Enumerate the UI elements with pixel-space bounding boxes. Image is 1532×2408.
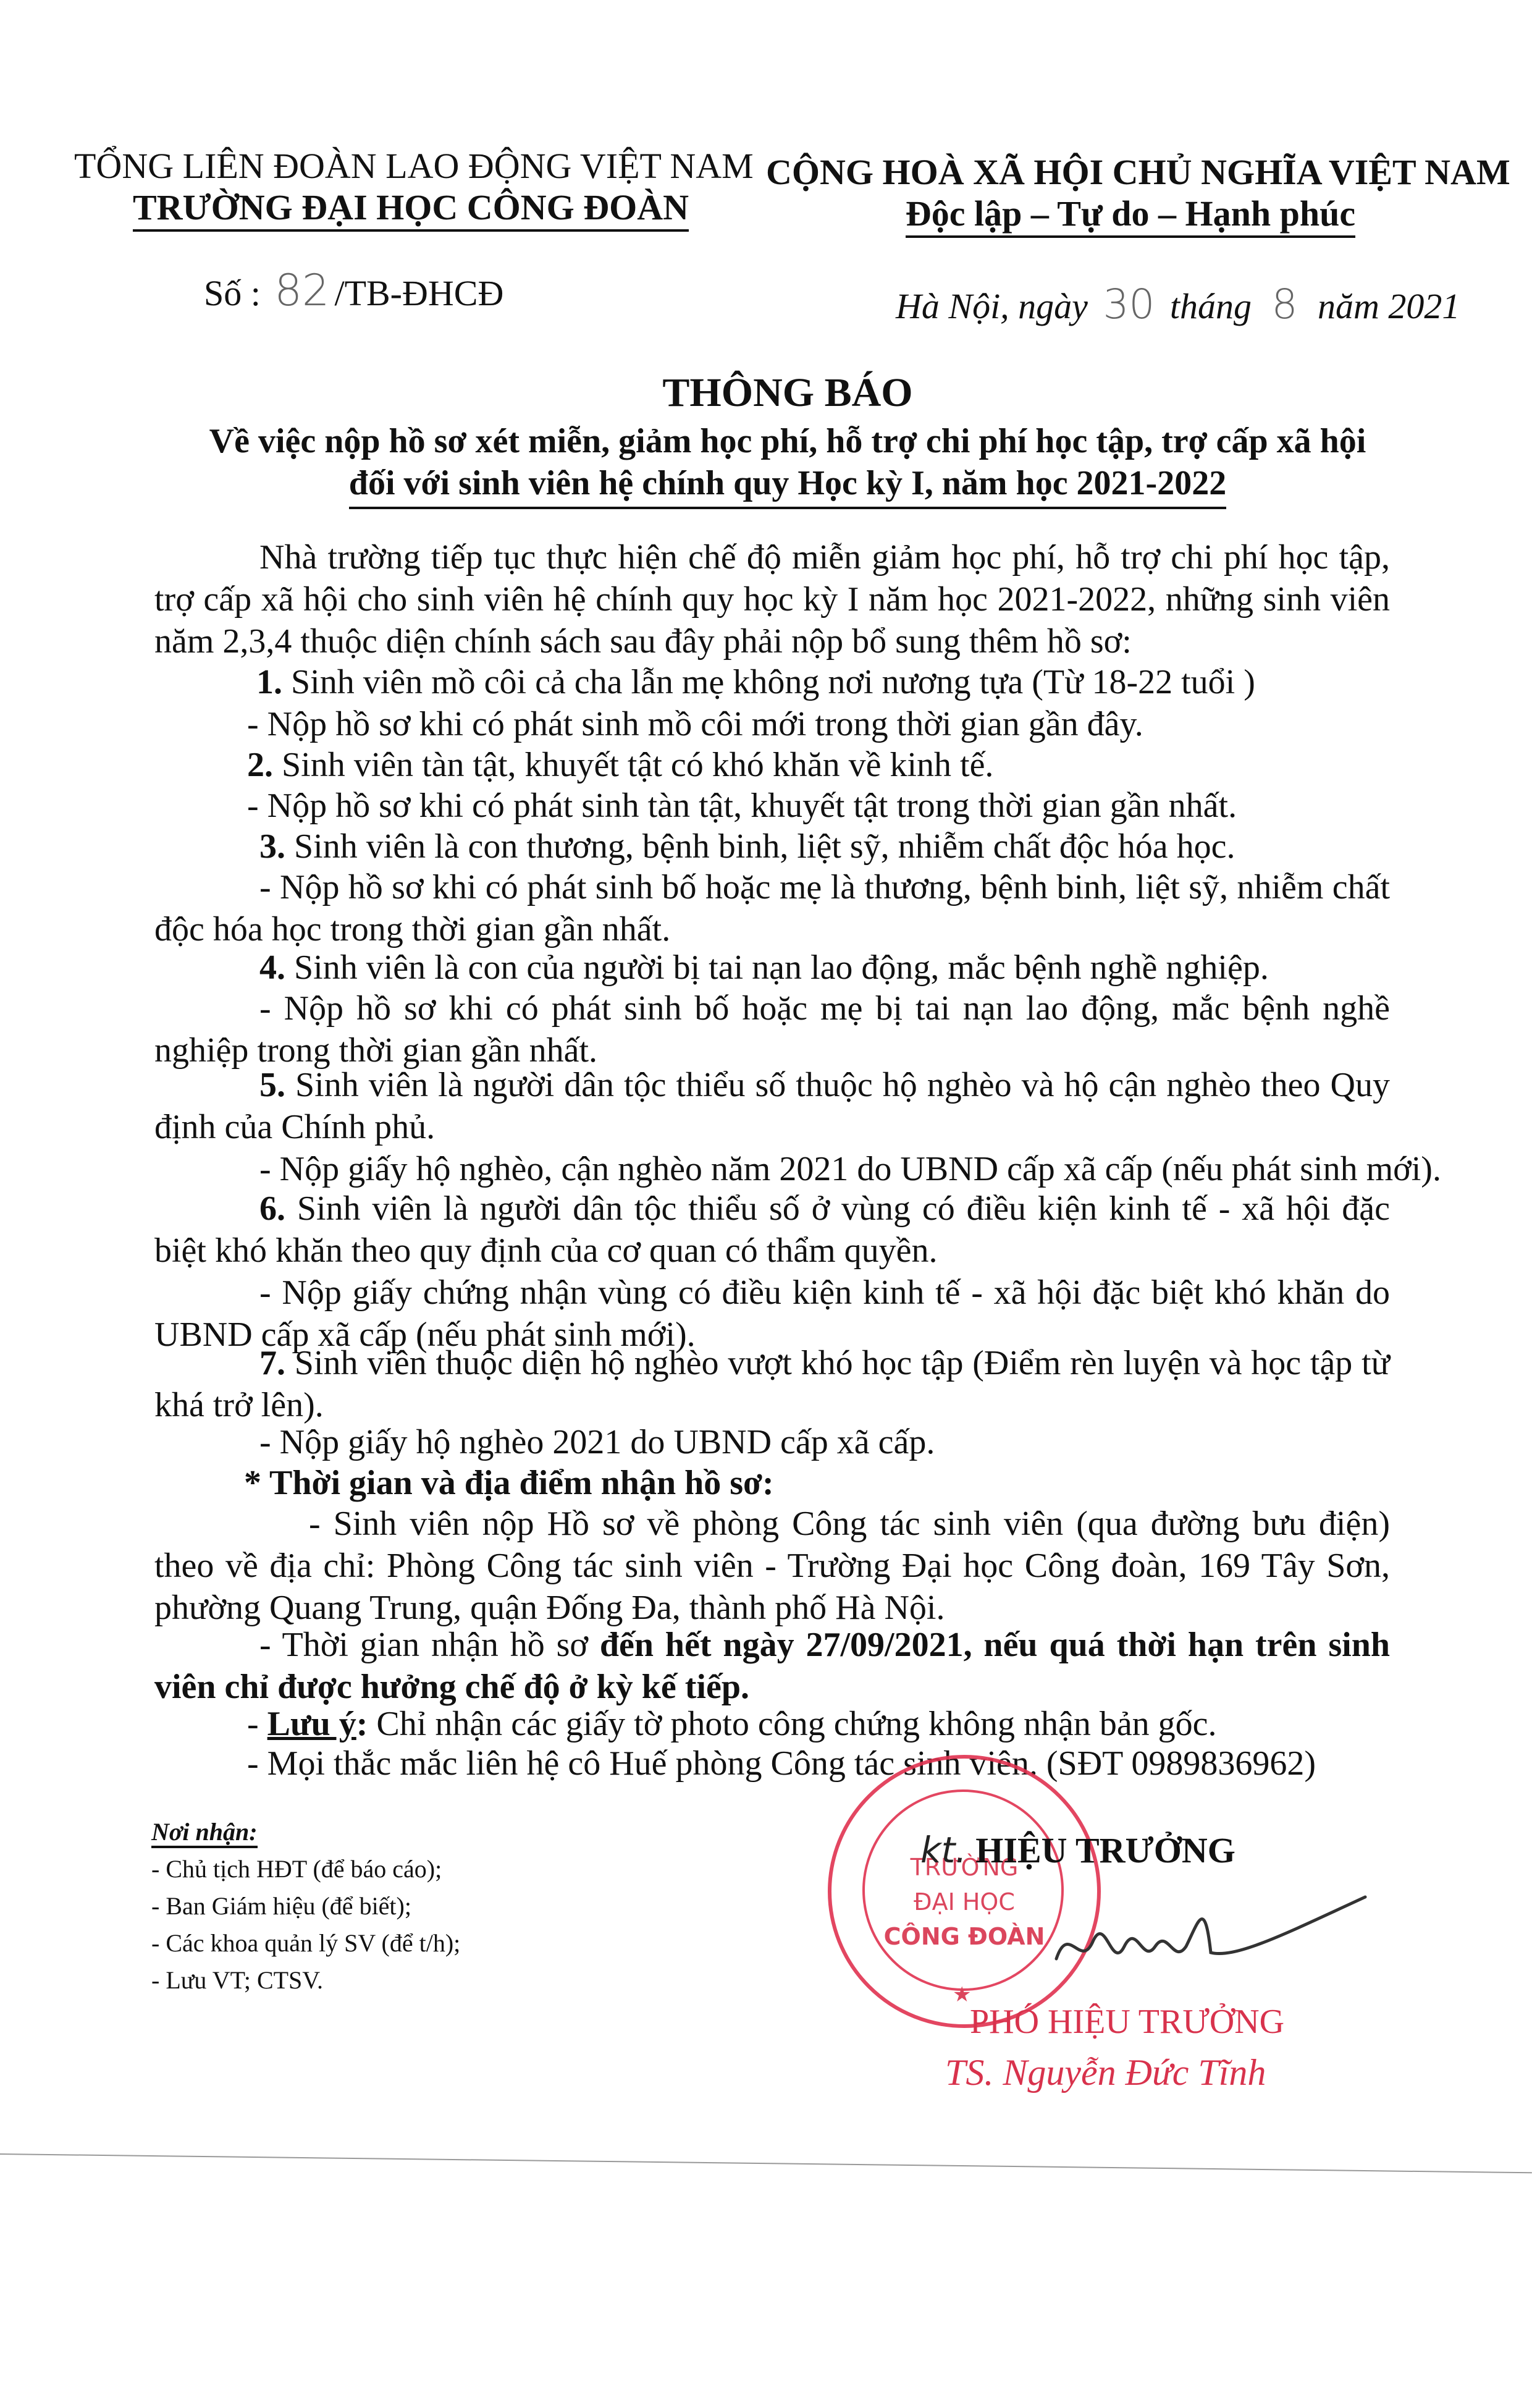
recipient-item: - Các khoa quản lý SV (để t/h); [151,1925,460,1962]
item-2: 2. Sinh viên tàn tật, khuyết tật có khó … [247,744,1483,786]
recipients: Nơi nhận: - Chủ tịch HĐT (để báo cáo); -… [151,1814,460,1999]
star-icon: ★ [953,1982,971,2007]
contact-line: - Mọi thắc mắc liên hệ cô Huế phòng Công… [247,1743,1483,1785]
item-2-note: - Nộp hồ sơ khi có phát sinh tàn tật, kh… [247,785,1483,827]
handwritten-month: 8 [1272,281,1298,328]
deadline: - Thời gian nhận hồ sơ đến hết ngày 27/0… [154,1624,1390,1708]
item-1-note: - Nộp hồ sơ khi có phát sinh mồ côi mới … [247,703,1483,745]
item-3: 3. Sinh viên là con thương, bệnh binh, l… [259,826,1495,868]
scan-edge [0,2153,1532,2173]
note-line: - Lưu ý: Chỉ nhận các giấy tờ photo công… [247,1703,1483,1745]
header-left: TỔNG LIÊN ĐOÀN LAO ĐỘNG VIỆT NAM TRƯỜNG … [74,146,747,232]
recipient-item: - Chủ tịch HĐT (để báo cáo); [151,1851,460,1888]
item-5: 5. Sinh viên là người dân tộc thiểu số t… [154,1064,1390,1148]
stamp-position: PHÓ HIỆU TRƯỞNG [970,2002,1284,2042]
item-6: 6. Sinh viên là người dân tộc thiểu số ở… [154,1188,1390,1272]
handwritten-day: 30 [1103,281,1155,328]
item-7-note: - Nộp giấy hộ nghèo 2021 do UBND cấp xã … [259,1421,1495,1463]
school-name: TRƯỜNG ĐẠI HỌC CÔNG ĐOÀN [74,187,747,232]
intro-paragraph: Nhà trường tiếp tục thực hiện chế độ miễ… [154,536,1390,662]
recipient-item: - Lưu VT; CTSV. [151,1962,460,1999]
handwritten-kt: kt. [920,1829,967,1871]
handwritten-signature [1050,1885,1371,1996]
document-number: Số : 82/TB-ĐHCĐ [204,266,503,316]
header-right: CỘNG HOÀ XÃ HỘI CHỦ NGHĨA VIỆT NAM Độc l… [766,152,1495,238]
section-heading: * Thời gian và địa điểm nhận hồ sơ: [244,1462,1479,1504]
organization-name: TỔNG LIÊN ĐOÀN LAO ĐỘNG VIỆT NAM [74,146,747,187]
submit-instruction: - Sinh viên nộp Hồ sơ về phòng Công tác … [154,1503,1390,1629]
item-4: 4. Sinh viên là con của người bị tai nạn… [259,947,1495,989]
item-4-note: - Nộp hồ sơ khi có phát sinh bố hoặc mẹ … [154,987,1390,1071]
place-date: Hà Nội, ngày 30 tháng 8 năm 2021 [896,281,1460,328]
national-motto: Độc lập – Tự do – Hạnh phúc [906,193,1355,239]
recipients-heading: Nơi nhận: [151,1814,460,1851]
country-name: CỘNG HOÀ XÃ HỘI CHỦ NGHĨA VIỆT NAM [766,152,1495,193]
item-7: 7. Sinh viên thuộc diện hộ nghèo vượt kh… [154,1342,1390,1426]
item-3-note: - Nộp hồ sơ khi có phát sinh bố hoặc mẹ … [154,866,1390,950]
signature-title: kt. HIỆU TRƯỞNG [920,1829,1235,1871]
signer-name: TS. Nguyễn Đức Tĩnh [945,2051,1266,2094]
item-5-note: - Nộp giấy hộ nghèo, cận nghèo năm 2021 … [259,1148,1495,1190]
notice-title: THÔNG BÁO [124,370,1452,416]
item-1: 1. Sinh viên mồ côi cả cha lẫn mẹ không … [256,661,1492,703]
notice-subtitle: Về việc nộp hồ sơ xét miễn, giảm học phí… [124,420,1452,509]
recipient-item: - Ban Giám hiệu (để biết); [151,1888,460,1925]
handwritten-number: 82 [274,265,329,316]
